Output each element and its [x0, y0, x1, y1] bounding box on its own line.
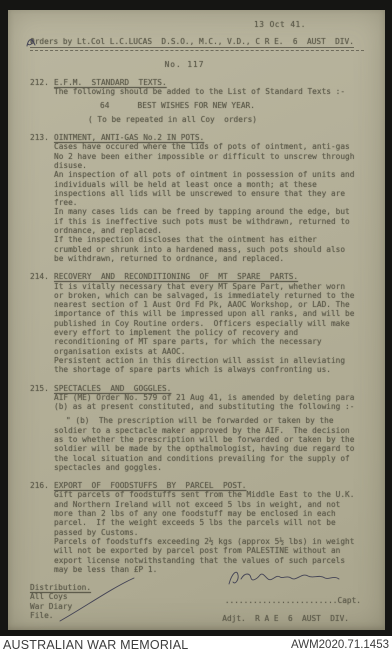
order-section-216: 216.EXPORT OF FOODSTUFFS BY PARCEL POST.… [30, 481, 369, 574]
section-paragraph: In many cases lids can be freed by tappi… [54, 207, 356, 235]
order-section-213: 213.OINTMENT, ANTI-GAS No.2 IN POTS.Case… [30, 133, 369, 263]
section-paragraph: ( To be repeated in all Coy orders) [88, 115, 369, 124]
order-section-212: 212.E.F.M. STANDARD TEXTS.The following … [30, 78, 369, 124]
signature-dots: ........................ [225, 596, 338, 605]
distribution-item: War Diary [30, 602, 170, 611]
section-number: 213. [30, 133, 49, 142]
order-section-215: 215.SPECTACLES AND GOGGLES.AIF (ME) Orde… [30, 384, 369, 473]
section-number: 216. [30, 481, 49, 490]
signature-rank: Capt. [338, 596, 361, 605]
orders-by-line: Orders by Lt.Col L.C.LUCAS D.S.O., M.C.,… [30, 37, 354, 48]
section-paragraph: Gift parcels of foodstuffs sent from the… [54, 490, 356, 536]
pen-mark-icon [24, 35, 38, 49]
orders-header: Orders by Lt.Col L.C.LUCAS D.S.O., M.C.,… [30, 37, 369, 50]
distribution-title: Distribution. [30, 583, 170, 592]
catalog-footer: AUSTRALIAN WAR MEMORIAL AWM2020.71.1453 [0, 636, 392, 653]
section-paragraph: " (b) The prescription will be forwarded… [54, 416, 356, 472]
order-number: No. 117 [30, 60, 339, 69]
section-paragraph: Cases have occured where the lids of pot… [54, 142, 356, 170]
section-paragraph: If the inspection discloses that the oin… [54, 235, 356, 263]
catalog-number: AWM2020.71.1453 [291, 639, 389, 651]
document-content: 13 Oct 41. Orders by Lt.Col L.C.LUCAS D.… [8, 10, 385, 630]
dashed-underline [30, 50, 364, 51]
institution-name: AUSTRALIAN WAR MEMORIAL [3, 638, 188, 652]
order-sections: 212.E.F.M. STANDARD TEXTS.The following … [30, 78, 369, 574]
document-page: 13 Oct 41. Orders by Lt.Col L.C.LUCAS D.… [8, 10, 385, 630]
distribution-block: Distribution. All CoysWar DiaryFile. [30, 583, 170, 620]
document-date: 13 Oct 41. [254, 20, 369, 29]
section-paragraph: 64 BEST WISHES FOR NEW YEAR. [100, 101, 369, 110]
section-paragraph: Persistent action in this direction will… [54, 356, 356, 375]
section-number: 214. [30, 272, 49, 281]
order-section-214: 214.RECOVERY AND RECONDITIONING OF MT SP… [30, 272, 369, 374]
section-heading: RECOVERY AND RECONDITIONING OF MT SPARE … [54, 272, 356, 281]
signature-line: ........................Capt. [178, 577, 361, 614]
section-paragraph: The following should be added to the Lis… [54, 87, 356, 96]
scanned-document-view: 13 Oct 41. Orders by Lt.Col L.C.LUCAS D.… [0, 0, 392, 653]
section-number: 212. [30, 78, 49, 87]
distribution-item: All Coys [30, 592, 170, 601]
distribution-items: All CoysWar DiaryFile. [30, 592, 170, 620]
section-heading: EXPORT OF FOODSTUFFS BY PARCEL POST. [54, 481, 356, 490]
section-paragraph: An inspection of all pots of ointment in… [54, 170, 356, 207]
section-heading: OINTMENT, ANTI-GAS No.2 IN POTS. [54, 133, 356, 142]
section-heading: E.F.M. STANDARD TEXTS. [54, 78, 356, 87]
section-number: 215. [30, 384, 49, 393]
section-paragraph: AIF (ME) Order No. 579 of 21 Aug 41, is … [54, 393, 356, 412]
handwritten-signature [225, 566, 343, 590]
section-heading: SPECTACLES AND GOGGLES. [54, 384, 356, 393]
distribution-item: File. [30, 611, 170, 620]
section-paragraph: It is vitally necessary that every MT Sp… [54, 282, 356, 356]
